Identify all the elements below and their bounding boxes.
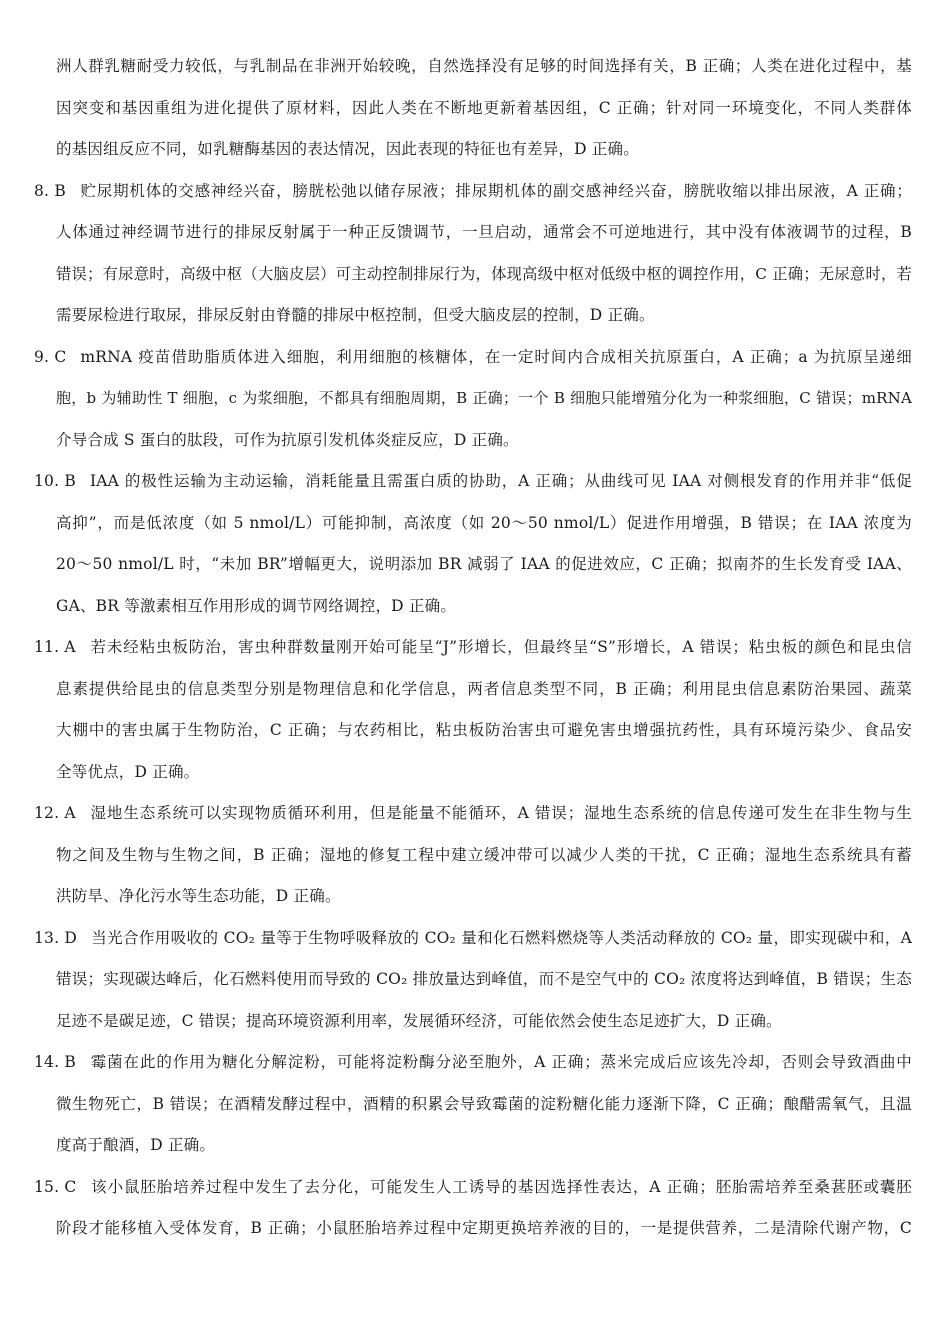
text-line: 若未经粘虫板防治，害虫种群数量刚开始可能呈“J”形增长，但最终呈“S”形增长，A… — [90, 638, 912, 656]
text-line: 人体通过神经调节进行的排尿反射属于一种正反馈调节，一旦启动，通常会不可逆地进行，… — [56, 212, 912, 254]
item-label: 13. D — [34, 918, 77, 960]
answer-item-9: 9. CmRNA 疫苗借助脂质体进入细胞，利用细胞的核糖体，在一定时间内合成相关… — [0, 337, 950, 462]
text-line: 错误；实现碳达峰后，化石燃料使用而导致的 CO₂ 排放量达到峰值，而不是空气中的… — [56, 959, 912, 1001]
text-line: 因突变和基因重组为进化提供了原材料，因此人类在不断地更新着基因组，C 正确；针对… — [56, 88, 912, 130]
text-line: 湿地生态系统可以实现物质循环利用，但是能量不能循环，A 错误；湿地生态系统的信息… — [90, 804, 912, 822]
text-line: 高抑”，而是低浓度（如 5 nmol/L）可能抑制，高浓度（如 20～50 nm… — [56, 503, 912, 545]
text-line: 需要尿检进行取尿，排尿反射由脊髓的排尿中枢控制，但受大脑皮层的控制，D 正确。 — [56, 295, 912, 337]
item-label: 9. C — [34, 337, 66, 379]
item-first-line: 8. B贮尿期机体的交感神经兴奋，膀胱松弛以储存尿液；排尿期机体的副交感神经兴奋… — [34, 171, 912, 213]
text-line: 阶段才能移植入受体发育，B 正确；小鼠胚胎培养过程中定期更换培养液的目的，一是提… — [56, 1208, 912, 1250]
text-line: 洲人群乳糖耐受力较低，与乳制品在非洲开始较晚，自然选择没有足够的时间选择有关，B… — [56, 46, 912, 88]
item-label: 8. B — [34, 171, 66, 213]
text-line: 介导合成 S 蛋白的肽段，可作为抗原引发机体炎症反应，D 正确。 — [56, 420, 912, 462]
answer-item-10: 10. BIAA 的极性运输为主动运输，消耗能量且需蛋白质的协助，A 正确；从曲… — [0, 461, 950, 627]
text-line: 该小鼠胚胎培养过程中发生了去分化，可能发生人工诱导的基因选择性表达，A 正确；胚… — [90, 1178, 912, 1196]
item-label: 11. A — [34, 627, 76, 669]
text-line: GA、BR 等激素相互作用形成的调节网络调控，D 正确。 — [56, 586, 912, 628]
item-first-line: 11. A若未经粘虫板防治，害虫种群数量刚开始可能呈“J”形增长，但最终呈“S”… — [34, 627, 912, 669]
item-label: 14. B — [34, 1042, 76, 1084]
item-first-line: 10. BIAA 的极性运输为主动运输，消耗能量且需蛋白质的协助，A 正确；从曲… — [34, 461, 912, 503]
item-first-line: 14. B霉菌在此的作用为糖化分解淀粉，可能将淀粉酶分泌至胞外，A 正确；蒸米完… — [34, 1042, 912, 1084]
answer-item-15: 15. C该小鼠胚胎培养过程中发生了去分化，可能发生人工诱导的基因选择性表达，A… — [0, 1167, 950, 1250]
answer-item-12: 12. A湿地生态系统可以实现物质循环利用，但是能量不能循环，A 错误；湿地生态… — [0, 793, 950, 918]
text-line: 全等优点，D 正确。 — [56, 752, 912, 794]
item-first-line: 13. D当光合作用吸收的 CO₂ 量等于生物呼吸释放的 CO₂ 量和化石燃料燃… — [34, 918, 912, 960]
item-label: 15. C — [34, 1167, 76, 1209]
text-line: 当光合作用吸收的 CO₂ 量等于生物呼吸释放的 CO₂ 量和化石燃料燃烧等人类活… — [91, 929, 912, 947]
answer-item-11: 11. A若未经粘虫板防治，害虫种群数量刚开始可能呈“J”形增长，但最终呈“S”… — [0, 627, 950, 793]
text-line: 的基因组反应不同，如乳糖酶基因的表达情况，因此表现的特征也有差异，D 正确。 — [56, 129, 912, 171]
text-line: 微生物死亡，B 错误；在酒精发酵过程中，酒精的积累会导致霉菌的淀粉糖化能力逐渐下… — [56, 1084, 912, 1126]
text-line: 20～50 nmol/L 时，“未加 BR”增幅更大，说明添加 BR 减弱了 I… — [56, 544, 912, 586]
text-line: 大棚中的害虫属于生物防治，C 正确；与农药相比，粘虫板防治害虫可避免害虫增强抗药… — [56, 710, 912, 752]
text-line: 错误；有尿意时，高级中枢（大脑皮层）可主动控制排尿行为，体现高级中枢对低级中枢的… — [56, 254, 912, 296]
text-line: 洪防旱、净化污水等生态功能，D 正确。 — [56, 876, 912, 918]
item-first-line: 15. C该小鼠胚胎培养过程中发生了去分化，可能发生人工诱导的基因选择性表达，A… — [34, 1167, 912, 1209]
text-line: 贮尿期机体的交感神经兴奋，膀胱松弛以储存尿液；排尿期机体的副交感神经兴奋，膀胱收… — [80, 182, 912, 200]
item-label: 12. A — [34, 793, 76, 835]
text-line: 足迹不是碳足迹，C 错误；提高环境资源利用率，发展循环经济，可能依然会使生态足迹… — [56, 1001, 912, 1043]
text-line: 霉菌在此的作用为糖化分解淀粉，可能将淀粉酶分泌至胞外，A 正确；蒸米完成后应该先… — [90, 1053, 912, 1071]
item-first-line: 9. CmRNA 疫苗借助脂质体进入细胞，利用细胞的核糖体，在一定时间内合成相关… — [34, 337, 912, 379]
item-7-continuation: 洲人群乳糖耐受力较低，与乳制品在非洲开始较晚，自然选择没有足够的时间选择有关，B… — [0, 46, 950, 171]
text-line: 度高于酿酒，D 正确。 — [56, 1125, 912, 1167]
answer-item-14: 14. B霉菌在此的作用为糖化分解淀粉，可能将淀粉酶分泌至胞外，A 正确；蒸米完… — [0, 1042, 950, 1167]
answer-item-13: 13. D当光合作用吸收的 CO₂ 量等于生物呼吸释放的 CO₂ 量和化石燃料燃… — [0, 918, 950, 1043]
text-line: 胞，b 为辅助性 T 细胞，c 为浆细胞，不都具有细胞周期，B 正确；一个 B … — [56, 378, 912, 420]
text-line: 息素提供给昆虫的信息类型分别是物理信息和化学信息，两者信息类型不同，B 正确；利… — [56, 669, 912, 711]
text-line: IAA 的极性运输为主动运输，消耗能量且需蛋白质的协助，A 正确；从曲线可见 I… — [90, 472, 912, 490]
item-first-line: 12. A湿地生态系统可以实现物质循环利用，但是能量不能循环，A 错误；湿地生态… — [34, 793, 912, 835]
answer-item-8: 8. B贮尿期机体的交感神经兴奋，膀胱松弛以储存尿液；排尿期机体的副交感神经兴奋… — [0, 171, 950, 337]
item-label: 10. B — [34, 461, 76, 503]
answer-explanations-page: 洲人群乳糖耐受力较低，与乳制品在非洲开始较晚，自然选择没有足够的时间选择有关，B… — [0, 46, 950, 1250]
text-line: 物之间及生物与生物之间，B 正确；湿地的修复工程中建立缓冲带可以减少人类的干扰，… — [56, 835, 912, 877]
text-line: mRNA 疫苗借助脂质体进入细胞，利用细胞的核糖体，在一定时间内合成相关抗原蛋白… — [80, 348, 912, 366]
